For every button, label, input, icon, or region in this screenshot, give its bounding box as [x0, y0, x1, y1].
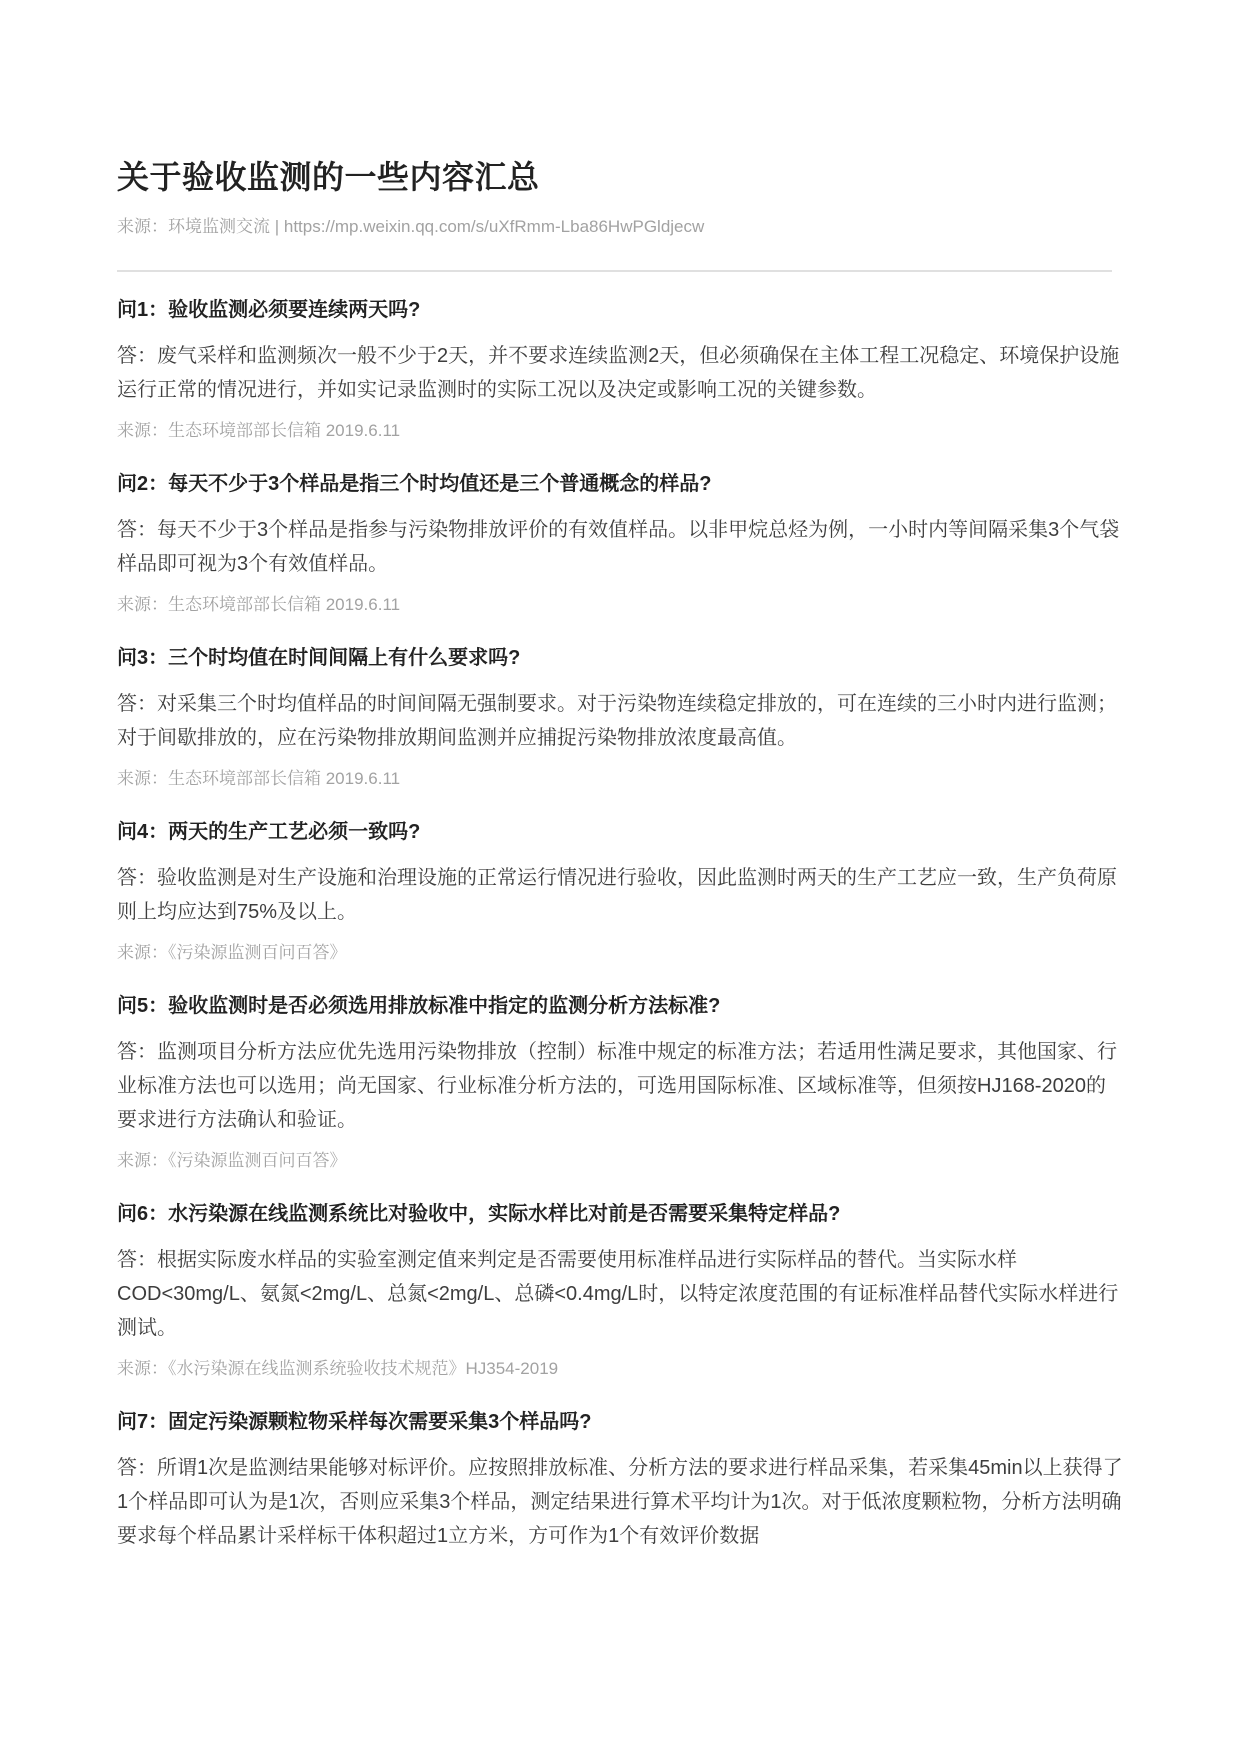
question-heading: 问7：固定污染源颗粒物采样每次需要采集3个样品吗?	[117, 1409, 1125, 1436]
answer-text: 答：对采集三个时均值样品的时间间隔无强制要求。对于污染物连续稳定排放的，可在连续…	[117, 687, 1125, 755]
source-text: 来源：生态环境部部长信箱 2019.6.11	[117, 767, 1125, 790]
source-text: 来源：生态环境部部长信箱 2019.6.11	[117, 593, 1125, 616]
qa-block-3: 问3：三个时均值在时间间隔上有什么要求吗? 答：对采集三个时均值样品的时间间隔无…	[117, 645, 1125, 790]
article-header: 关于验收监测的一些内容汇总 来源：环境监测交流 | https://mp.wei…	[117, 156, 1125, 272]
source-text: 来源：《污染源监测百问百答》	[117, 941, 1125, 964]
source-text: 来源：《污染源监测百问百答》	[117, 1149, 1125, 1172]
qa-block-6: 问6：水污染源在线监测系统比对验收中，实际水样比对前是否需要采集特定样品? 答：…	[117, 1201, 1125, 1380]
article-page: 关于验收监测的一些内容汇总 来源：环境监测交流 | https://mp.wei…	[117, 0, 1125, 1553]
qa-section: 问1：验收监测必须要连续两天吗? 答：废气采样和监测频次一般不少于2天，并不要求…	[117, 297, 1125, 1553]
qa-block-2: 问2：每天不少于3个样品是指三个时均值还是三个普通概念的样品? 答：每天不少于3…	[117, 471, 1125, 616]
qa-block-7: 问7：固定污染源颗粒物采样每次需要采集3个样品吗? 答：所谓1次是监测结果能够对…	[117, 1409, 1125, 1553]
qa-block-4: 问4：两天的生产工艺必须一致吗? 答：验收监测是对生产设施和治理设施的正常运行情…	[117, 819, 1125, 964]
question-heading: 问5：验收监测时是否必须选用排放标准中指定的监测分析方法标准?	[117, 993, 1125, 1020]
question-heading: 问6：水污染源在线监测系统比对验收中，实际水样比对前是否需要采集特定样品?	[117, 1201, 1125, 1228]
question-heading: 问3：三个时均值在时间间隔上有什么要求吗?	[117, 645, 1125, 672]
qa-block-5: 问5：验收监测时是否必须选用排放标准中指定的监测分析方法标准? 答：监测项目分析…	[117, 993, 1125, 1172]
answer-text: 答：验收监测是对生产设施和治理设施的正常运行情况进行验收，因此监测时两天的生产工…	[117, 861, 1125, 929]
question-heading: 问4：两天的生产工艺必须一致吗?	[117, 819, 1125, 846]
header-divider	[117, 270, 1112, 272]
qa-block-1: 问1：验收监测必须要连续两天吗? 答：废气采样和监测频次一般不少于2天，并不要求…	[117, 297, 1125, 442]
source-text: 来源：生态环境部部长信箱 2019.6.11	[117, 419, 1125, 442]
answer-text: 答：所谓1次是监测结果能够对标评价。应按照排放标准、分析方法的要求进行样品采集，…	[117, 1451, 1125, 1553]
page-title: 关于验收监测的一些内容汇总	[117, 156, 1125, 198]
answer-text: 答：根据实际废水样品的实验室测定值来判定是否需要使用标准样品进行实际样品的替代。…	[117, 1243, 1125, 1345]
question-heading: 问1：验收监测必须要连续两天吗?	[117, 297, 1125, 324]
answer-text: 答：废气采样和监测频次一般不少于2天，并不要求连续监测2天，但必须确保在主体工程…	[117, 339, 1125, 407]
question-heading: 问2：每天不少于3个样品是指三个时均值还是三个普通概念的样品?	[117, 471, 1125, 498]
source-text: 来源：《水污染源在线监测系统验收技术规范》HJ354-2019	[117, 1357, 1125, 1380]
source-meta: 来源：环境监测交流 | https://mp.weixin.qq.com/s/u…	[117, 215, 1125, 239]
answer-text: 答：每天不少于3个样品是指参与污染物排放评价的有效值样品。以非甲烷总烃为例，一小…	[117, 513, 1125, 581]
answer-text: 答：监测项目分析方法应优先选用污染物排放（控制）标准中规定的标准方法；若适用性满…	[117, 1035, 1125, 1137]
